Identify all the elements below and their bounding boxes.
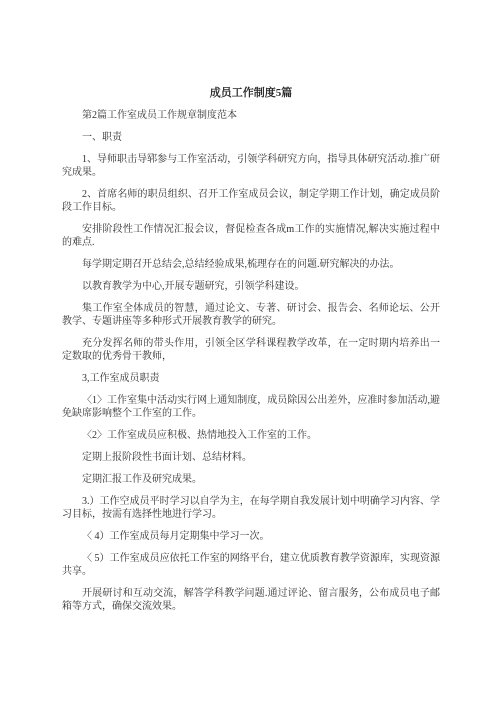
paragraph: 2、首席名师的职员组织、召开工作室成员会议，制定学期工作计划，确定成员阶段工作目… bbox=[62, 188, 440, 214]
paragraph: 每学期定期召开总结会,总结经验成果,梳理存在的问题.研究解决的办法。 bbox=[62, 258, 440, 271]
paragraph: 3.）工作空成员平时学习以自学为主，在每学期自我发展计划中明确学习内容、学习目标… bbox=[62, 495, 440, 521]
paragraph: 1、导师职击导郓参与工作室活动，引领学科研究方向，指导具体研究活动.推广研究成果… bbox=[62, 153, 440, 179]
paragraph: 〈 5）工作室成员应依托工作室的网络平台，建立优质教育教学资源库，实现资源共享。 bbox=[62, 552, 440, 578]
document-content: 成员工作制度5篇 第2篇工作室成员工作规章制度范本一、职责1、导师职击导郓参与工… bbox=[62, 86, 440, 622]
paragraph: 〈2〉工作室成员应积极、热情地投入工作室的工作。 bbox=[62, 429, 440, 442]
document-body: 第2篇工作室成员工作规章制度范本一、职责1、导师职击导郓参与工作室活动，引领学科… bbox=[62, 109, 440, 613]
paragraph: 3,工作室成员职责 bbox=[62, 372, 440, 385]
paragraph: 定期上报阶段性书面计划、总结材料。 bbox=[62, 451, 440, 464]
paragraph: 第2篇工作室成员工作规章制度范本 bbox=[62, 109, 440, 122]
paragraph: 开展研讨和互动交流，解答学科教学问题.通过评论、留言服务，公布成员电子邮箱等方式… bbox=[62, 587, 440, 613]
paragraph: 定期汇报工作及研究成果。 bbox=[62, 473, 440, 486]
paragraph: 充分发挥名师的带头作用，引领全区学科课程教学改革，在一定时期内培养出一定数取的优… bbox=[62, 337, 440, 363]
document-page: 成员工作制度5篇 第2篇工作室成员工作规章制度范本一、职责1、导师职击导郓参与工… bbox=[0, 0, 500, 707]
paragraph: 一、职责 bbox=[62, 131, 440, 144]
paragraph: 集工作室全体成员的智慧，通过论文、专著、研讨会、报告会、名师论坛、公开教学、专题… bbox=[62, 302, 440, 328]
paragraph: 〈 4）工作室成员每月定期集中学习一次。 bbox=[62, 530, 440, 543]
paragraph: 安排阶段性工作情况汇报会议，督促检查各成m工作的实施情况,解决实施过程中的难点. bbox=[62, 223, 440, 249]
document-title: 成员工作制度5篇 bbox=[62, 86, 440, 100]
paragraph: 以教育教学为中心,开展专题研究，引领学科建设。 bbox=[62, 280, 440, 293]
paragraph: 〈1〉工作室集中活动实行网上通知制度，成员除因公出差外，应准时参加活动,避免缺席… bbox=[62, 394, 440, 420]
